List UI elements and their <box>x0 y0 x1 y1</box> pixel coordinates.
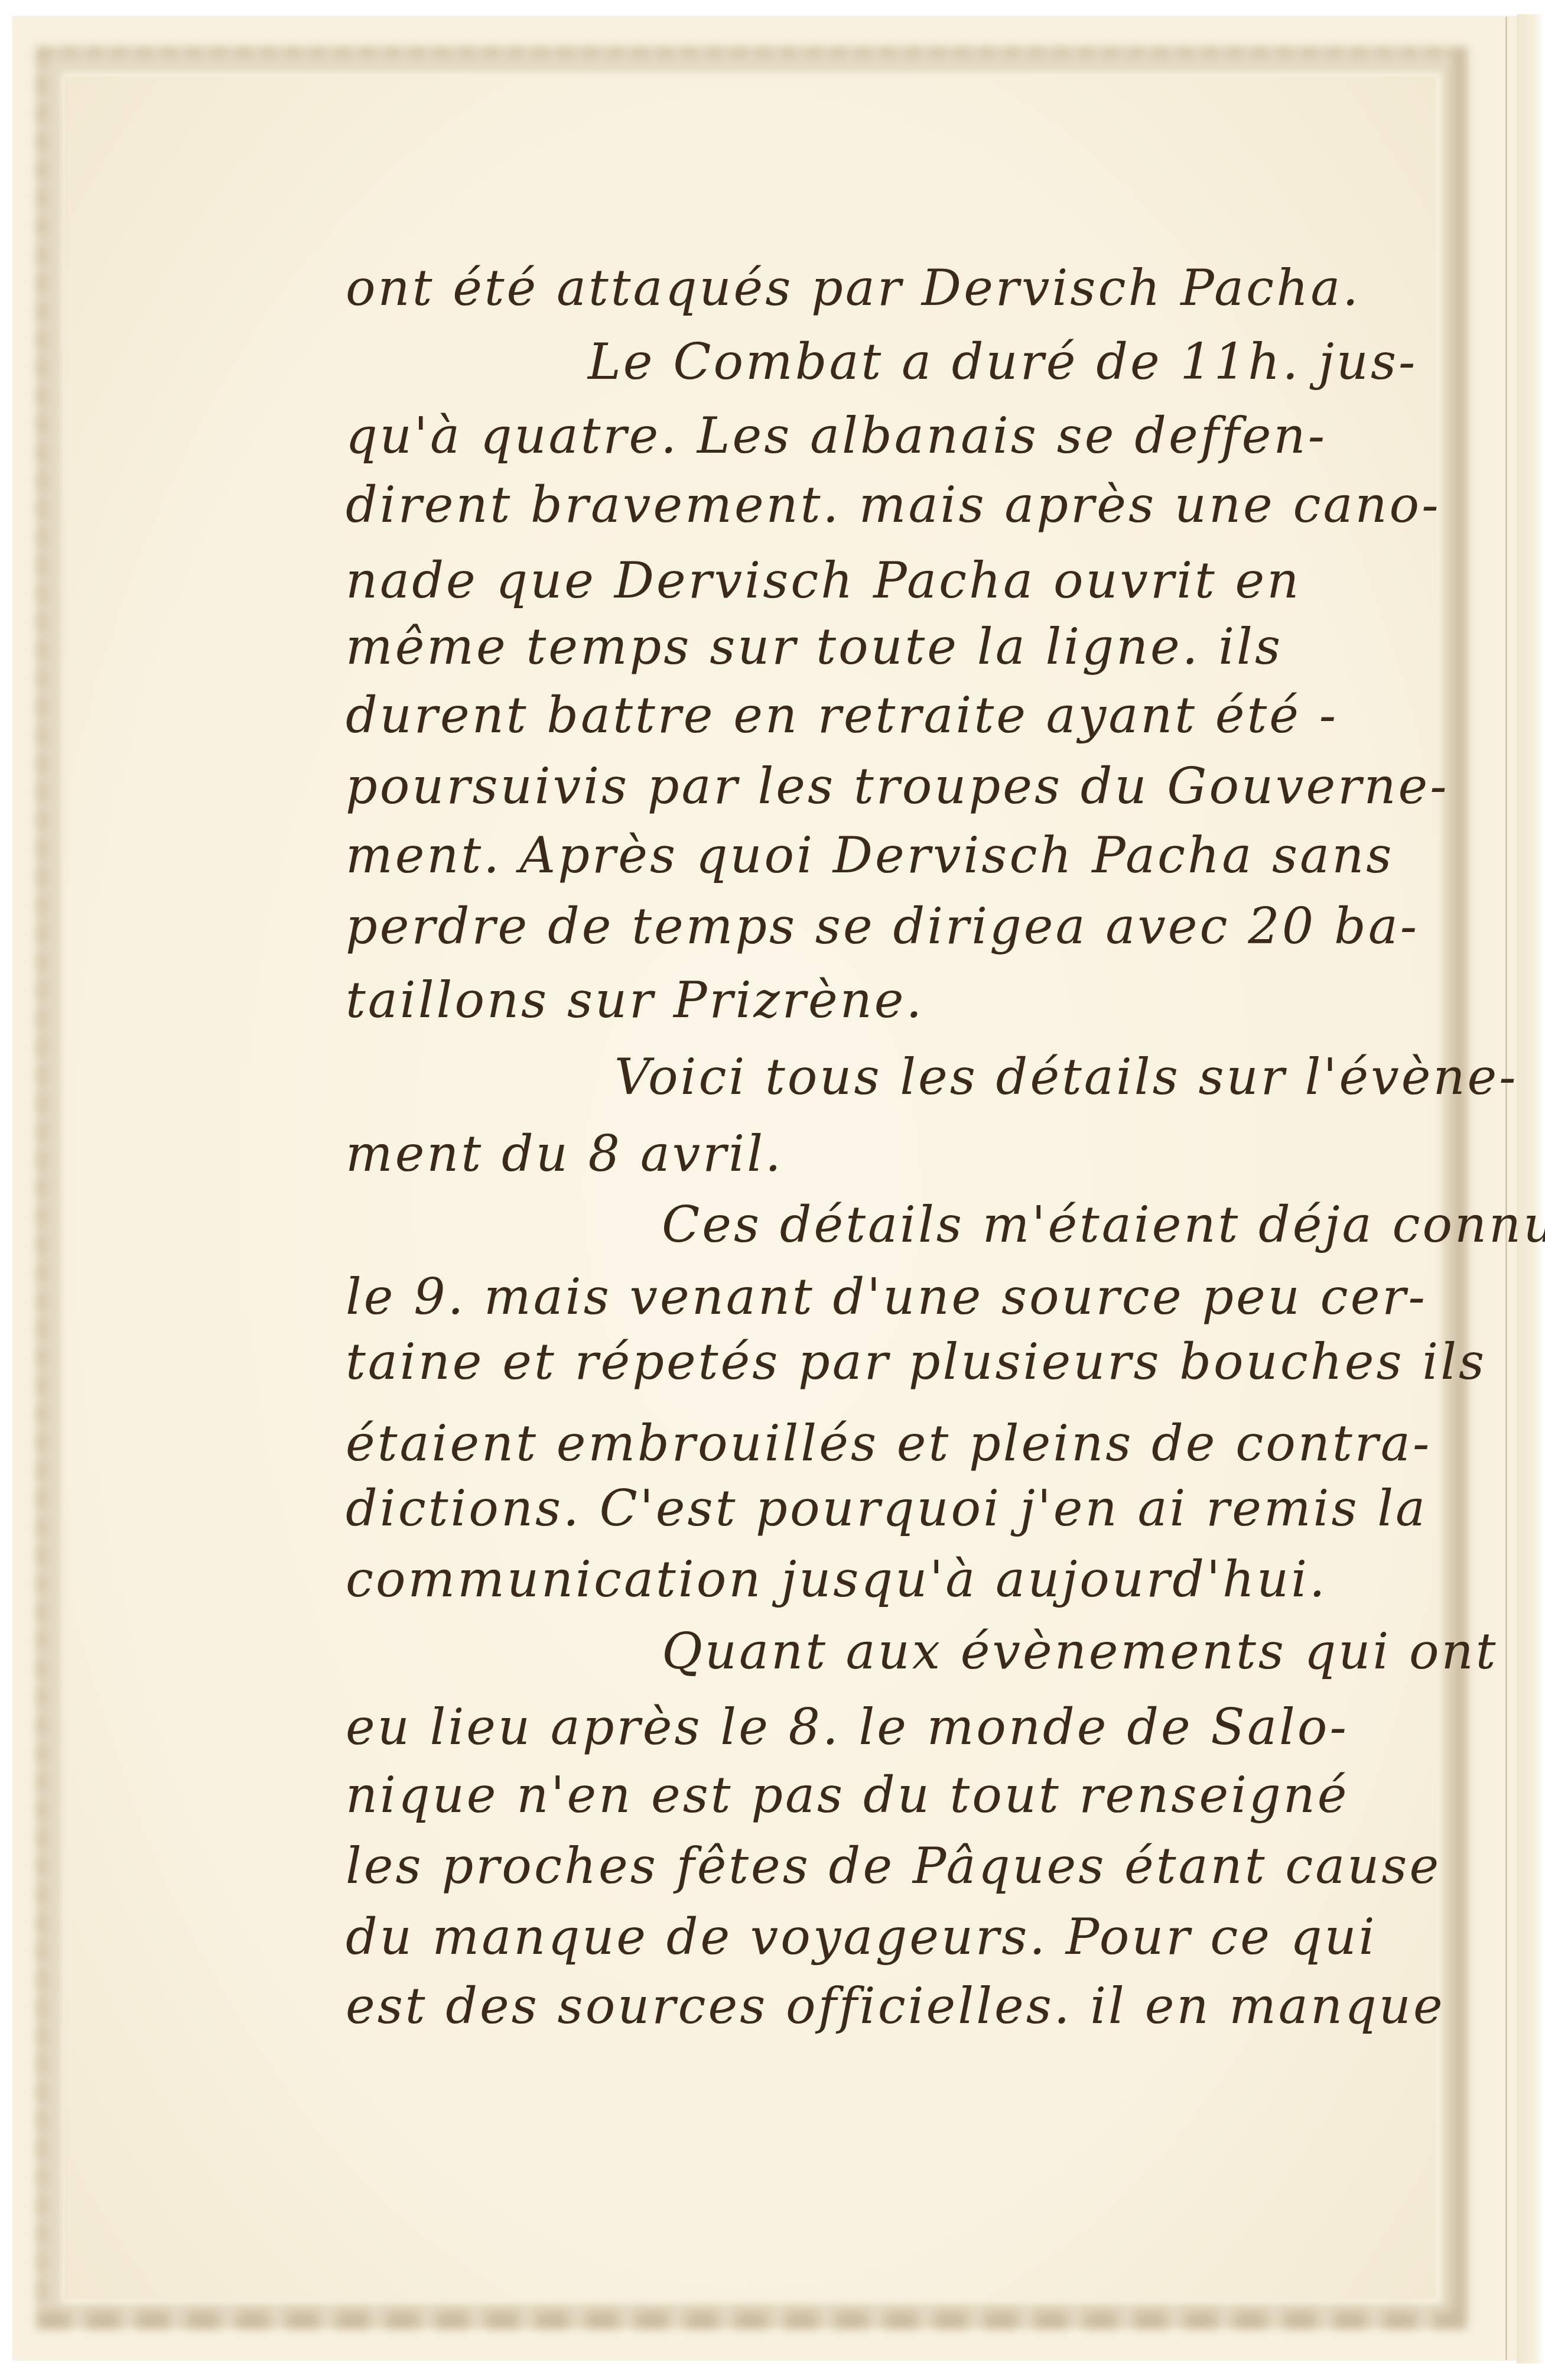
text-line: étaient embrouillés et pleins de contra- <box>346 1418 1432 1468</box>
text-line: même temps sur toute la ligne. ils <box>346 622 1283 671</box>
text-line: Ces détails m'étaient déja connus <box>662 1200 1545 1249</box>
text-line: taillons sur Prizrène. <box>346 975 924 1025</box>
text-line: ont été attaqués par Dervisch Pacha. <box>346 263 1361 313</box>
text-line: est des sources officielles. il en manqu… <box>346 1981 1445 2031</box>
text-line: Voici tous les détails sur l'évène- <box>614 1052 1518 1102</box>
handwritten-text-body: ont été attaqués par Dervisch Pacha. Le … <box>0 0 1545 2380</box>
text-line: poursuivis par les troupes du Gouverne- <box>346 761 1449 811</box>
text-line: nade que Dervisch Pacha ouvrit en <box>346 556 1301 605</box>
text-line: le 9. mais venant d'une source peu cer- <box>346 1272 1427 1321</box>
text-line: dirent bravement. mais après une cano- <box>346 480 1441 530</box>
text-line: communication jusqu'à aujourd'hui. <box>346 1554 1328 1604</box>
text-line: qu'à quatre. Les albanais se deffen- <box>346 411 1327 460</box>
text-line: durent battre en retraite ayant été - <box>346 690 1338 740</box>
text-line: Le Combat a duré de 11h. jus- <box>588 337 1417 387</box>
text-line: dictions. C'est pourquoi j'en ai remis l… <box>346 1483 1427 1533</box>
text-line: du manque de voyageurs. Pour ce qui <box>346 1912 1377 1962</box>
text-line: ment. Après quoi Dervisch Pacha sans <box>346 830 1394 880</box>
text-line: ment du 8 avril. <box>346 1129 783 1178</box>
text-line: Quant aux évènements qui ont <box>662 1626 1498 1676</box>
text-line: perdre de temps se dirigea avec 20 ba- <box>346 901 1419 951</box>
text-line: taine et répetés par plusieurs bouches i… <box>346 1337 1487 1387</box>
text-line: nique n'en est pas du tout renseigné <box>346 1770 1349 1820</box>
text-line: eu lieu après le 8. le monde de Salo- <box>346 1702 1349 1752</box>
text-line: les proches fêtes de Pâques étant cause <box>346 1841 1441 1891</box>
